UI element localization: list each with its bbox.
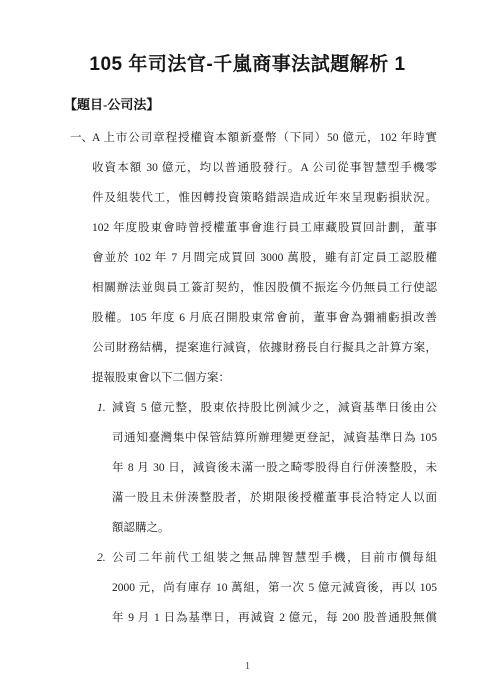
list-item-line: 公司二年前代工組裝之無品牌智慧型手機，目前市價每組 (112, 543, 437, 573)
question-line: 收資本額 30 億元，均以普通股發行。A 公司從事智慧型手機零 (92, 153, 437, 183)
question-line: 102 年度股東會時曾授權董事會進行員工庫藏股買回計劃，董事 (92, 213, 437, 243)
list-item-line: 年 8 月 30 日，減資後未滿一股之畸零股得自行併湊整股，未 (112, 453, 437, 483)
page-title: 105 年司法官-千嵐商事法試題解析 1 (0, 50, 495, 80)
list-item-line: 司通知臺灣集中保管結算所辦理變更登記，減資基準日為 105 (112, 423, 437, 453)
page-number: 1 (0, 659, 495, 675)
list-item-line: 減資 5 億元整，股東依持股比例減少之，減資基準日後由公 (112, 393, 437, 423)
question-line: 件及組裝代工，惟因轉投資策略錯誤造成近年來呈現虧損狀況。 (92, 183, 437, 213)
question-number-marker: 一、 (70, 123, 93, 153)
question-line: 公司財務結構，提案進行減資，依據財務長自行擬具之計算方案， (92, 333, 437, 363)
list-item-line: 2000 元，尚有庫存 10 萬組，第一次 5 億元減資後，再以 105 (112, 573, 437, 603)
list-item-2: 2. 公司二年前代工組裝之無品牌智慧型手機，目前市價每組 2000 元，尚有庫存… (92, 543, 437, 633)
section-heading: 【題目-公司法】 (64, 95, 159, 115)
list-item-line: 額認購之。 (112, 513, 437, 543)
question-line: 會並於 102 年 7 月間完成買回 3000 萬股，雖有訂定員工認股權 (92, 243, 437, 273)
list-item-1: 1. 減資 5 億元整，股東依持股比例減少之，減資基準日後由公 司通知臺灣集中保… (92, 393, 437, 543)
question-line: 提報股東會以下二個方案： (92, 363, 437, 393)
list-item-line: 滿一股且未併湊整股者，於期限後授權董事長洽特定人以面 (112, 483, 437, 513)
document-page: 105 年司法官-千嵐商事法試題解析 1 【題目-公司法】 一、 A 上市公司章… (0, 0, 495, 700)
question-block: 一、 A 上市公司章程授權資本額新臺幣（下同）50 億元，102 年時實 收資本… (92, 123, 437, 633)
list-item-1-number: 1. (97, 393, 106, 423)
question-line: A 上市公司章程授權資本額新臺幣（下同）50 億元，102 年時實 (92, 123, 437, 153)
question-line: 相關辦法並與員工簽訂契約，惟因股價不振迄今仍無員工行使認 (92, 273, 437, 303)
list-item-line: 年 9 月 1 日為基準日，再減資 2 億元，每 200 股普通股無償 (112, 603, 437, 633)
question-line: 股權。105 年度 6 月底召開股東常會前，董事會為彌補虧損改善 (92, 303, 437, 333)
list-item-2-number: 2. (97, 543, 106, 573)
